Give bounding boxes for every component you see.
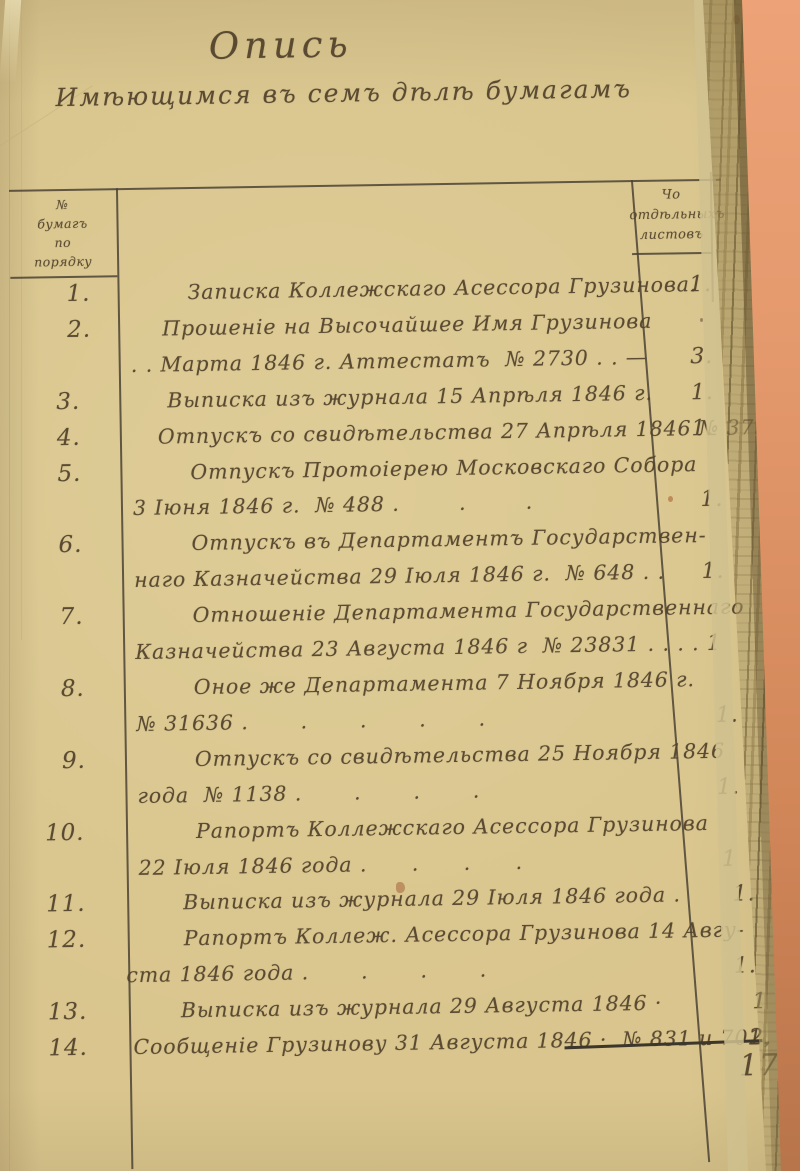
entry-sheet-count: 1.	[705, 948, 786, 985]
table-row: 10. Рапортъ Коллежскаго Асессора Грузино…	[19, 805, 768, 889]
table-row: 12. Рапортъ Коллеж. Асессора Грузинова 1…	[21, 912, 770, 996]
entry-sheet-count: 1	[674, 625, 755, 662]
entry-sheet-count: 1	[720, 984, 800, 1021]
ink-speck	[700, 318, 703, 322]
table-row: 9. Отпускъ со свидѣтельства 25 Ноября 18…	[18, 733, 767, 817]
sheets-column-header-line: отдѣльныхъ	[629, 205, 713, 226]
entry-number: 7.	[15, 599, 123, 672]
table-row: 6. Отпускъ въ Департаментъ Государствен-…	[14, 517, 763, 601]
entry-number: 11.	[2, 887, 110, 925]
ink-speck	[733, 15, 740, 24]
entry-text: Оное же Департамента 7 Ноября 1846 г.№ 3…	[124, 661, 766, 743]
page-subtitle: Имѣющимся въ семъ дѣлѣ бумагамъ	[55, 74, 632, 112]
entry-number: 8.	[17, 671, 125, 744]
entry-sheet-count: 1.	[687, 697, 768, 734]
entry-number: 12.	[3, 923, 111, 996]
num-column-header-line: бумагъ	[11, 213, 113, 234]
entry-number: 5.	[13, 456, 121, 529]
entry-text: Отпускъ со свидѣтельства 25 Ноября 1846г…	[125, 733, 770, 815]
entry-sheet-count: 1	[689, 841, 770, 878]
table-row: 7. Отношеніе Департамента Государственна…	[15, 589, 764, 673]
num-column-header: № бумагъ по порядку	[11, 194, 114, 272]
table-row: 5. Отпускъ Протоіерею Московскаго Собора…	[13, 446, 762, 530]
entry-text: Отпускъ въ Департаментъ Государствен-наг…	[121, 517, 763, 599]
entry-sheet-count: 1.	[672, 482, 753, 519]
entry-number: 3.	[12, 384, 120, 422]
ink-stain	[396, 882, 405, 893]
total-sheets: 17.	[739, 1048, 790, 1084]
num-column-header-line: №	[11, 194, 113, 215]
entry-sheet-count: 1.	[704, 876, 785, 913]
entry-number: 13.	[4, 995, 112, 1033]
num-column-header-line: порядку	[12, 251, 114, 272]
entry-number: 2.	[23, 312, 131, 385]
table-row: 2. Прошеніе на Высочайшее Имя Грузинова.…	[11, 302, 760, 386]
sheets-column-header-line: Чо	[629, 185, 713, 206]
sheets-column-header-line: листовъ	[630, 225, 714, 246]
num-column-header-line: по	[12, 232, 114, 253]
entry-number: 9.	[18, 743, 126, 816]
entry-sheet-count: 1.	[662, 374, 743, 411]
entry-sheet-count: 1.	[663, 410, 744, 447]
entry-sheet-count: 1.	[660, 266, 741, 303]
entry-number: 6.	[14, 528, 122, 601]
entry-text: Рапортъ Коллеж. Асессора Грузинова 14 Ав…	[114, 912, 790, 994]
inventory-page: Опись Имѣющимся въ семъ дѣлѣ бумагамъ № …	[0, 0, 800, 1171]
ink-speck	[668, 496, 673, 502]
entry-text: Рапортъ Коллежскаго Асессора Грузинова22…	[126, 805, 768, 887]
page-title: Опись	[208, 22, 353, 67]
entry-number: 14.	[4, 1030, 112, 1068]
entry-number: 1.	[22, 276, 130, 314]
entry-number: 4.	[13, 420, 121, 458]
entry-sheet-count: 1.	[688, 769, 769, 806]
sheets-column-header: Чо отдѣльныхъ листовъ	[629, 185, 714, 246]
scanned-document-photo: Опись Имѣющимся въ семъ дѣлѣ бумагамъ № …	[0, 0, 800, 1171]
entry-number: 10.	[1, 815, 109, 888]
table-row: 8. Оное же Департамента 7 Ноября 1846 г.…	[17, 661, 766, 745]
entry-text: Отпускъ Протоіерею Московскаго Собора3 І…	[120, 446, 762, 528]
entry-sheet-count: 3.	[661, 338, 742, 375]
entry-sheet-count: 1.	[673, 553, 754, 590]
header-underline-right	[632, 252, 712, 255]
entries-list: 1. Записка Коллежскаго Асессора Грузинов…	[10, 266, 770, 1068]
